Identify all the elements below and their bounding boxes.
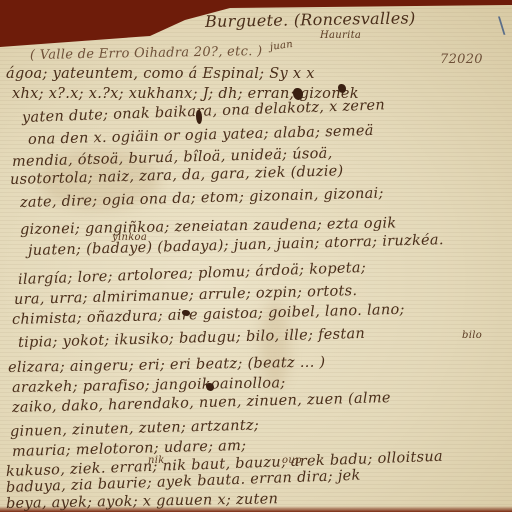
ink-blot xyxy=(196,110,202,124)
page-number: 72020 xyxy=(440,52,483,67)
manuscript-line: ágoa; yateuntem, como á Espinal; Sy x x xyxy=(6,66,315,82)
interlinear-note: oup xyxy=(282,455,302,466)
interlinear-note: nik xyxy=(148,455,165,466)
ink-blot xyxy=(182,310,190,316)
ink-blot xyxy=(293,88,303,100)
corner-mark: \ xyxy=(498,14,505,39)
header-subtitle: Haurita xyxy=(320,30,361,41)
interlinear-note: bilo xyxy=(462,330,482,341)
header-title: Burguete. (Roncesvalles) xyxy=(205,8,416,31)
interlinear-note: yinkoa xyxy=(112,232,147,243)
ink-blot xyxy=(206,383,214,391)
ink-blot xyxy=(338,84,346,93)
